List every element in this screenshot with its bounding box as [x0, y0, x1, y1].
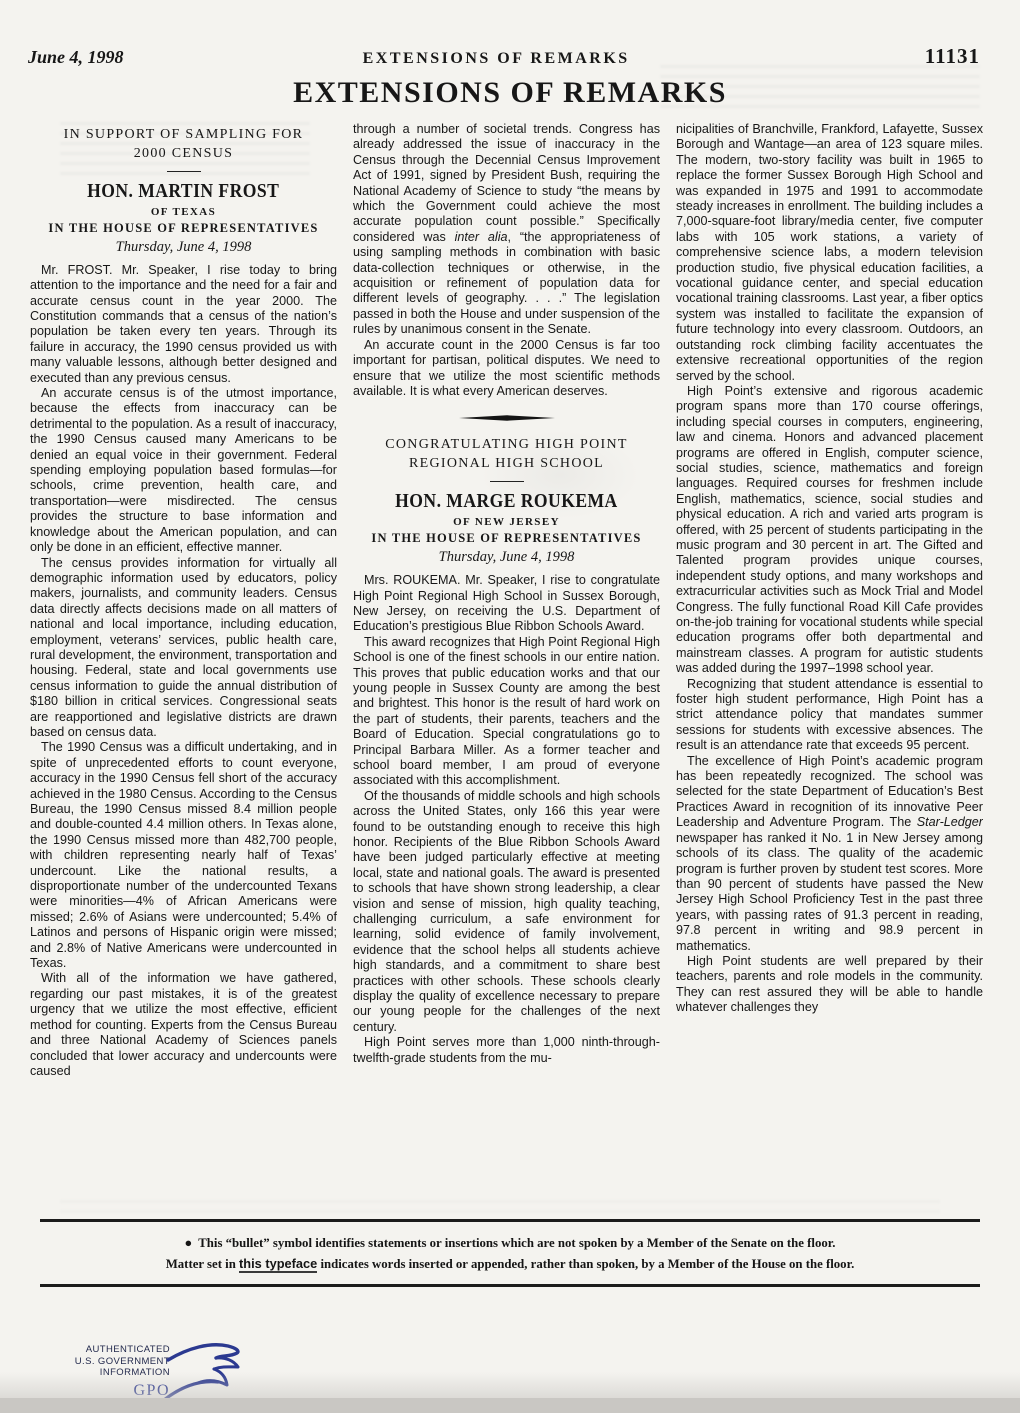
sitting-date: Thursday, June 4, 1998 [353, 549, 660, 566]
chamber-line: IN THE HOUSE OF REPRESENTATIVES [30, 221, 337, 236]
italic-phrase: inter alia [455, 230, 508, 244]
article-body: nicipalities of Branchville, Frankford, … [676, 122, 983, 1016]
article-heading: CONGRATULATING HIGH POINT REGIONAL HIGH … [371, 436, 642, 474]
paragraph: With all of the information we have gath… [30, 971, 337, 1079]
bullet-icon: ● [185, 1236, 193, 1250]
paragraph: Mr. FROST. Mr. Speaker, I rise today to … [30, 263, 337, 386]
text-columns: IN SUPPORT OF SAMPLING FOR 2000 CENSUS H… [30, 122, 983, 1200]
paragraph: Of the thousands of middle schools and h… [353, 789, 660, 1036]
house-typeface-note: Matter set in this typeface indicates wo… [40, 1256, 980, 1272]
typeface-sample: this typeface [239, 1256, 317, 1273]
paragraph: High Point’s extensive and rigorous acad… [676, 384, 983, 677]
paragraph-continuation: nicipalities of Branchville, Frankford, … [676, 122, 983, 384]
sitting-date: Thursday, June 4, 1998 [30, 239, 337, 256]
scan-edge-band [0, 1398, 1020, 1413]
running-head: June 4, 1998 EXTENSIONS OF REMARKS 11131 [28, 44, 980, 69]
paragraph: The census provides information for virt… [30, 556, 337, 741]
paragraph: Mrs. ROUKEMA. Mr. Speaker, I rise to con… [353, 573, 660, 635]
article-heading: IN SUPPORT OF SAMPLING FOR 2000 CENSUS [48, 126, 319, 164]
section-masthead-title: EXTENSIONS OF REMARKS [0, 76, 1020, 110]
paragraph: An accurate count in the 2000 Census is … [353, 338, 660, 400]
speaker-state: OF NEW JERSEY [353, 516, 660, 528]
heading-rule [167, 171, 201, 172]
paragraph: The excellence of High Point’s academic … [676, 754, 983, 954]
article-body: through a number of societal trends. Con… [353, 122, 660, 399]
senate-bullet-note: ●This “bullet” symbol identifies stateme… [40, 1236, 980, 1251]
paragraph: High Point serves more than 1,000 ninth-… [353, 1035, 660, 1066]
heading-rule [490, 481, 524, 482]
scan-edge-shadow [0, 1372, 1020, 1398]
journal-name: EXTENSIONS OF REMARKS [363, 50, 630, 68]
paragraph: Recognizing that student attendance is e… [676, 677, 983, 754]
article-body: Mr. FROST. Mr. Speaker, I rise today to … [30, 263, 337, 1080]
italic-phrase: Star-Ledger [917, 815, 983, 829]
paragraph-continuation: through a number of societal trends. Con… [353, 122, 660, 338]
page-number: 11131 [925, 44, 980, 69]
paragraph: The 1990 Census was a difficult undertak… [30, 740, 337, 971]
paragraph: This award recognizes that High Point Re… [353, 635, 660, 789]
speaker-name: HON. MARTIN FROST [30, 180, 337, 203]
article-divider [353, 408, 660, 426]
column-3: nicipalities of Branchville, Frankford, … [676, 122, 983, 1200]
congressional-record-page: June 4, 1998 EXTENSIONS OF REMARKS 11131… [0, 0, 1020, 1413]
footer-notes: ●This “bullet” symbol identifies stateme… [40, 1219, 980, 1287]
speaker-name: HON. MARGE ROUKEMA [353, 490, 660, 513]
paragraph: High Point students are well prepared by… [676, 954, 983, 1016]
column-1: IN SUPPORT OF SAMPLING FOR 2000 CENSUS H… [30, 122, 337, 1200]
speaker-state: OF TEXAS [30, 206, 337, 218]
chamber-line: IN THE HOUSE OF REPRESENTATIVES [353, 531, 660, 546]
column-2: through a number of societal trends. Con… [353, 122, 660, 1200]
issue-date: June 4, 1998 [28, 47, 124, 68]
paragraph: An accurate census is of the utmost impo… [30, 386, 337, 555]
article-body: Mrs. ROUKEMA. Mr. Speaker, I rise to con… [353, 573, 660, 1066]
